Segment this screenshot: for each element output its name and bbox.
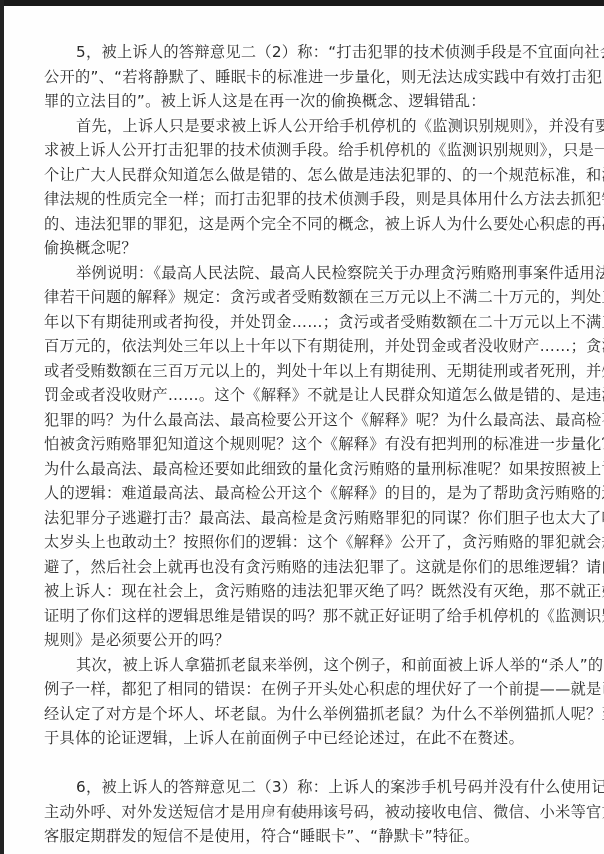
text-line: 被上诉人：现在社会上，贪污贿赂的违法犯罪灭绝了吗？既然没有灭绝，那不就正好 xyxy=(44,579,571,604)
text-line: 首先，上诉人只是要求被上诉人公开给手机停机的《监测识别规则》，并没有要 xyxy=(44,114,571,139)
text-line: 于具体的论证逻辑，上诉人在前面例子中已经论述过，在此不在赘述。 xyxy=(44,726,571,751)
text-line: 律若干问题的解释》规定：贪污或者受贿数额在三万元以上不满二十万元的，判处三 xyxy=(44,285,571,310)
text-line: 或者受贿数额在三百万元以上的，判处十年以上有期徒刑、无期徒刑或者死刑，并处 xyxy=(44,359,571,384)
text-line: 法犯罪分子逃避打击？最高法、最高检是贪污贿赂罪犯的同谋？你们胆子也太大了吧， xyxy=(44,506,571,531)
text-line: 避了，然后社会上就再也没有贪污贿赂的违法犯罪了。这就是你们的思维逻辑？请问 xyxy=(44,555,571,580)
paragraph-second-rebuttal: 其次，被上诉人拿猫抓老鼠来举例，这个例子，和前面被上诉人举的“杀人”的 例子一样… xyxy=(44,653,571,751)
text-line: 年以下有期徒刑或者拘役，并处罚金……；贪污或者受贿数额在二十万元以上不满三 xyxy=(44,310,571,335)
text-line: 人的逻辑：难道最高法、最高检公开这个《解释》的目的，是为了帮助贪污贿赂的违 xyxy=(44,481,571,506)
document-body: 5，被上诉人的答辩意见二（2）称：“打击犯罪的技术侦测手段是不宜面向社会 公开的… xyxy=(44,40,571,849)
paragraph-spacer xyxy=(44,751,571,776)
paragraph-example: 举例说明：《最高人民法院、最高人民检察院关于办理贪污贿赂刑事案件适用法 律若干问… xyxy=(44,261,571,653)
text-line: 犯罪的吗？为什么最高法、最高检要公开这个《解释》呢？为什么最高法、最高检不 xyxy=(44,408,571,433)
text-line: 怕被贪污贿赂罪犯知道这个规则呢？这个《解释》有没有把判刑的标准进一步量化？ xyxy=(44,432,571,457)
text-line: 5，被上诉人的答辩意见二（2）称：“打击犯罪的技术侦测手段是不宜面向社会 xyxy=(44,40,571,65)
text-line: 罚金或者没收财产……。这个《解释》不就是让人民群众知道怎么做是错的、是违法 xyxy=(44,383,571,408)
text-line: 百万元的，依法判处三年以上十年以下有期徒刑，并处罚金或者没收财产……；贪污 xyxy=(44,334,571,359)
text-line: 个让广大人民群众知道怎么做是错的、怎么做是违法犯罪的、的一个规范标准，和法 xyxy=(44,163,571,188)
text-line: 太岁头上也敢动土？按照你们的逻辑：这个《解释》公开了，贪污贿赂的罪犯就会规 xyxy=(44,530,571,555)
text-line: 求被上诉人公开打击犯罪的技术侦测手段。给手机停机的《监测识别规则》，只是一 xyxy=(44,138,571,163)
text-line: 6，被上诉人的答辩意见二（3）称：上诉人的案涉手机号码并没有什么使用记录， xyxy=(44,775,571,800)
text-line: 例子一样，都犯了相同的错误：在例子开头处心积虑的埋伏好了一个前提——就是已 xyxy=(44,677,571,702)
page-number: 第 4 页 共 8 页 xyxy=(0,806,604,819)
text-line: 经认定了对方是个坏人、坏老鼠。为什么举例猫抓老鼠？为什么不举例猫抓人呢？至 xyxy=(44,702,571,727)
text-line: 罪的立法目的”。被上诉人这是在再一次的偷换概念、逻辑错乱： xyxy=(44,89,571,114)
text-line: 证明了你们这样的逻辑思维是错误的吗？那不就正好证明了给手机停机的《监测识别 xyxy=(44,604,571,629)
text-line: 其次，被上诉人拿猫抓老鼠来举例，这个例子，和前面被上诉人举的“杀人”的 xyxy=(44,653,571,678)
text-line: 偷换概念呢？ xyxy=(44,236,571,261)
text-line: 为什么最高法、最高检还要如此细致的量化贪污贿赂的量刑标准呢？如果按照被上诉 xyxy=(44,457,571,482)
paragraph-first-rebuttal: 首先，上诉人只是要求被上诉人公开给手机停机的《监测识别规则》，并没有要 求被上诉… xyxy=(44,114,571,261)
text-line: 律法规的性质完全一样；而打击犯罪的技术侦测手段，则是具体用什么方法去抓犯错 xyxy=(44,187,571,212)
text-line: 举例说明：《最高人民法院、最高人民检察院关于办理贪污贿赂刑事案件适用法 xyxy=(44,261,571,286)
text-line: 的、违法犯罪的罪犯，这是两个完全不同的概念，被上诉人为什么要处心积虑的再次 xyxy=(44,212,571,237)
text-line: 客服定期群发的短信不是使用，符合“睡眠卡”、“静默卡”特征。 xyxy=(44,824,571,849)
text-line: 规则》是必须要公开的吗？ xyxy=(44,628,571,653)
text-line: 公开的”、“若将静默了、睡眠卡的标准进一步量化，则无法达成实践中有效打击犯 xyxy=(44,65,571,90)
document-page: 5，被上诉人的答辩意见二（2）称：“打击犯罪的技术侦测手段是不宜面向社会 公开的… xyxy=(4,6,604,854)
paragraph-item-5: 5，被上诉人的答辩意见二（2）称：“打击犯罪的技术侦测手段是不宜面向社会 公开的… xyxy=(44,40,571,114)
